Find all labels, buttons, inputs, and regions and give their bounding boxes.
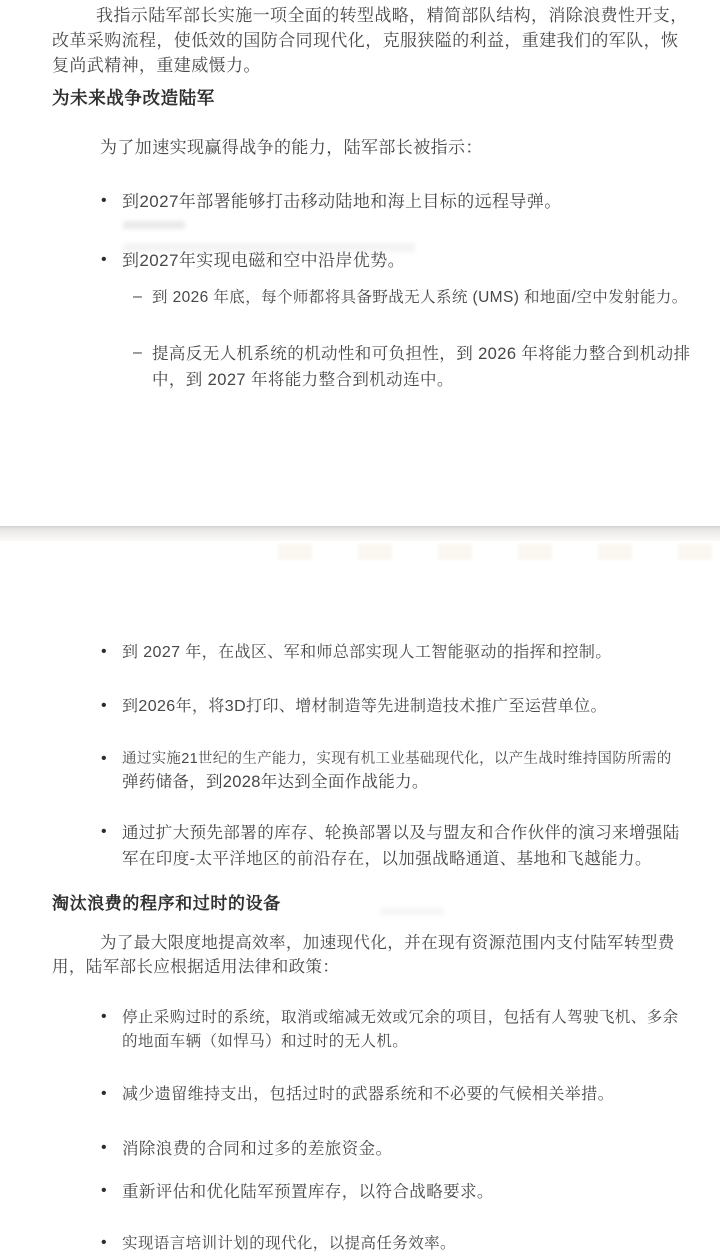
- bullet-text: 到 2027 年，在战区、军和师总部实现人工智能驱动的指挥和控制。: [122, 640, 701, 665]
- intro-paragraph: 我指示陆军部长实施一项全面的转型战略，精简部队结构，消除浪费性开支，改革采购流程…: [52, 3, 694, 78]
- bullet-dot-icon: •: [101, 1231, 122, 1255]
- bullet-text: 停止采购过时的系统，取消或缩减无效或冗余的项目，包括有人驾驶飞机、多余的地面车辆…: [122, 1006, 683, 1054]
- bullet-long-range-missiles: • 到2027年部署能够打击移动陆地和海上目标的远程导弹。: [101, 189, 701, 214]
- bullet-text: 消除浪费的合同和过多的差旅资金。: [122, 1136, 701, 1162]
- bullet-dot-icon: •: [101, 1178, 122, 1204]
- bullet-dot-icon: •: [101, 819, 122, 845]
- bullet-ai-command-control: • 到 2027 年，在战区、军和师总部实现人工智能驱动的指挥和控制。: [101, 640, 701, 665]
- bullet-dot-icon: •: [101, 247, 122, 272]
- bullet-text-line2: 弹药储备，到2028年达到全面作战能力。: [122, 770, 707, 795]
- bullet-text: 重新评估和优化陆军预置库存，以符合战略要求。: [122, 1179, 701, 1205]
- bullet-dot-icon: •: [101, 748, 122, 769]
- section-heading-transform-army: 为未来战争改造陆军: [52, 87, 215, 109]
- bullet-production-capacity: • 通过实施21世纪的生产能力，实现有机工业基础现代化，以产生战时维持国防所需的…: [101, 749, 707, 795]
- bullet-text: 到2026年，将3D打印、增材制造等先进制造技术推广至运营单位。: [122, 694, 701, 719]
- bullet-text: 到2027年部署能够打击移动陆地和海上目标的远程导弹。: [122, 189, 701, 214]
- bullet-dot-icon: •: [101, 1135, 122, 1161]
- bullet-3d-printing: • 到2026年，将3D打印、增材制造等先进制造技术推广至运营单位。: [101, 694, 701, 719]
- bullet-text-line1: 通过实施21世纪的生产能力，实现有机工业基础现代化，以产生战时维持国防所需的: [122, 749, 707, 770]
- dash-icon: –: [133, 340, 152, 366]
- section-heading-divest: 淘汰浪费的程序和过时的设备: [52, 893, 281, 915]
- erased-text-artifact: [380, 908, 444, 915]
- subbullet-unmanned-systems: – 到 2026 年底，每个师都将具备野战无人系统 (UMS) 和地面/空中发射…: [133, 286, 701, 310]
- bullet-halt-obsolete-procurement: • 停止采购过时的系统，取消或缩减无效或冗余的项目，包括有人驾驶飞机、多余的地面…: [101, 1006, 683, 1054]
- transform-lead-paragraph: 为了加速实现赢得战争的能力，陆军部长被指示：: [52, 135, 694, 160]
- bullet-dot-icon: •: [101, 639, 122, 664]
- document-page: 我指示陆军部长实施一项全面的转型战略，精简部队结构，消除浪费性开支，改革采购流程…: [0, 0, 720, 1256]
- bullet-text: 通过扩大预先部署的库存、轮换部署以及与盟友和合作伙伴的演习来增强陆军在印度-太平…: [122, 820, 693, 872]
- bullet-reduce-legacy-sustainment: • 减少遗留维持支出，包括过时的武器系统和不必要的气候相关举措。: [101, 1082, 701, 1107]
- bullet-dot-icon: •: [101, 188, 122, 213]
- bullet-dot-icon: •: [101, 1005, 122, 1029]
- watermark-artifact: [278, 544, 720, 560]
- bullet-indo-pacific-presence: • 通过扩大预先部署的库存、轮换部署以及与盟友和合作伙伴的演习来增强陆军在印度-…: [101, 820, 693, 872]
- bullet-optimize-prepositioned-stocks: • 重新评估和优化陆军预置库存，以符合战略要求。: [101, 1179, 701, 1205]
- bullet-dot-icon: •: [101, 693, 122, 718]
- subbullet-text: 提高反无人机系统的机动性和可负担性，到 2026 年将能力整合到机动排中，到 2…: [152, 341, 691, 393]
- bullet-eliminate-wasteful-contracts: • 消除浪费的合同和过多的差旅资金。: [101, 1136, 701, 1162]
- subbullet-counter-uas: – 提高反无人机系统的机动性和可负担性，到 2026 年将能力整合到机动排中，到…: [133, 341, 691, 393]
- divest-lead-paragraph: 为了最大限度地提高效率，加速现代化，并在现有资源范围内支付陆军转型费用，陆军部长…: [52, 931, 704, 979]
- erased-text-artifact: [123, 221, 185, 229]
- bullet-text: 减少遗留维持支出，包括过时的武器系统和不必要的气候相关举措。: [122, 1082, 701, 1107]
- bullet-text: 实现语言培训计划的现代化，以提高任务效率。: [122, 1232, 701, 1256]
- bullet-text: 通过实施21世纪的生产能力，实现有机工业基础现代化，以产生战时维持国防所需的 弹…: [122, 749, 707, 795]
- stitch-seam-divider: [0, 526, 720, 541]
- dash-icon: –: [133, 285, 152, 309]
- subbullet-text: 到 2026 年底，每个师都将具备野战无人系统 (UMS) 和地面/空中发射能力…: [152, 286, 701, 310]
- bullet-dot-icon: •: [101, 1081, 122, 1106]
- bullet-text: 到2027年实现电磁和空中沿岸优势。: [122, 248, 701, 273]
- bullet-modernize-language-training: • 实现语言培训计划的现代化，以提高任务效率。: [101, 1232, 701, 1256]
- bullet-littoral-dominance: • 到2027年实现电磁和空中沿岸优势。: [101, 248, 701, 273]
